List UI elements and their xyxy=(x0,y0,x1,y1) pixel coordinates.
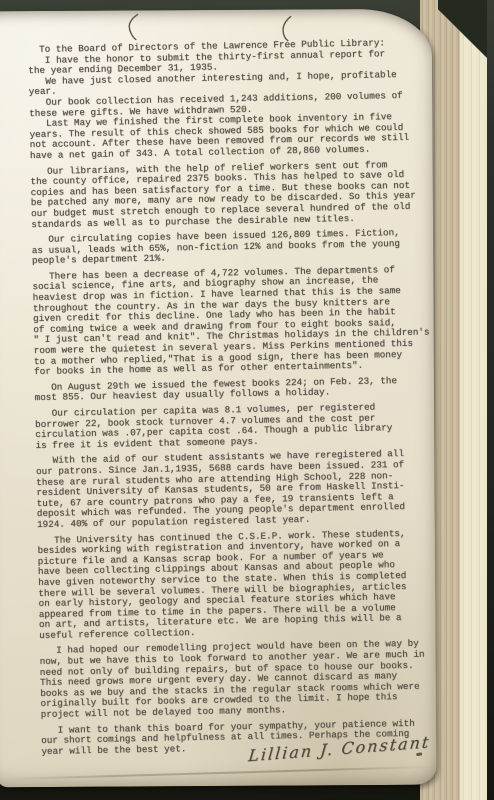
paragraph-book-repairs: Our librarians, with the help of relief … xyxy=(30,159,435,230)
letter-page: To the Board of Directors of the Lawrenc… xyxy=(0,9,436,788)
paragraph-fiction-decrease: There has been a decrease of 4,722 volum… xyxy=(32,264,438,378)
letter-body: To the Board of Directors of the Lawrenc… xyxy=(28,37,446,762)
paper-crease xyxy=(4,766,434,780)
paragraph-per-capita-costs: Our circulation per capita was 8.1 volum… xyxy=(35,401,440,451)
paragraph-csep-scrapbook: The University has continued the C.S.E.P… xyxy=(37,528,443,642)
paragraph-registration: With the aid of our student assistants w… xyxy=(36,449,441,531)
paragraph-opening-and-collection: To the Board of Directors of the Lawrenc… xyxy=(28,37,434,161)
paragraph-circulation-percentages: Our circulating copies have been issued … xyxy=(31,227,436,267)
ink-mark xyxy=(416,752,422,756)
paragraph-remodelling: I had hoped our remodelling project woul… xyxy=(39,639,444,721)
page-edge-strip-cream xyxy=(460,0,487,800)
book-page-photo: To the Board of Directors of the Lawrenc… xyxy=(0,0,494,800)
paragraph-daily-extremes: On August 29th we issued the fewest book… xyxy=(34,375,438,404)
